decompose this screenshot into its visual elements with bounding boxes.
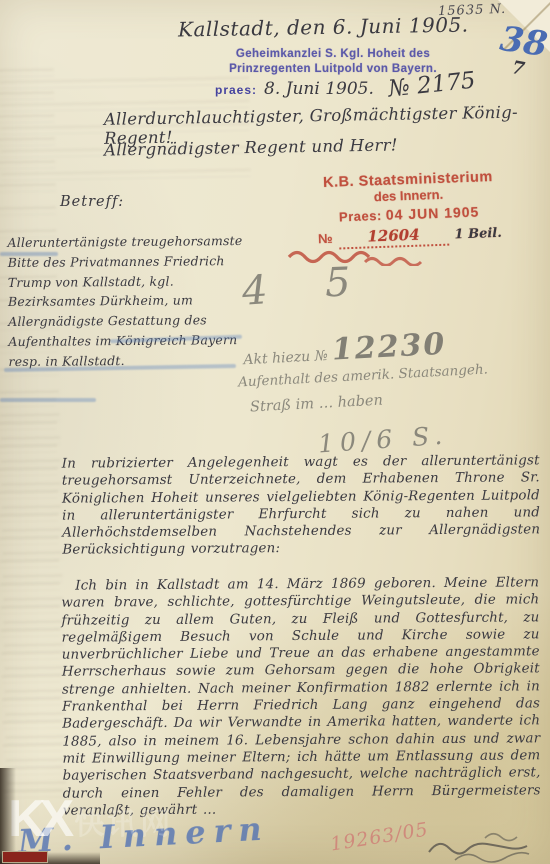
pencil-note-akt-number: 12230	[331, 327, 447, 368]
ministry-stamp-number-row: № 12604 1 Beil.	[284, 222, 537, 252]
folio-flourish: 7	[510, 57, 526, 80]
pencil-number-5: 5	[324, 260, 351, 307]
pencil-note-akt-label: Akt hiezu №	[243, 348, 328, 368]
body-paragraph-1: In rubrizierter Angelegenheit wagt es de…	[62, 452, 541, 559]
body-paragraph-2: Ich bin in Kallstadt am 14. März 1869 ge…	[61, 574, 541, 819]
pencil-scribble	[425, 826, 545, 864]
red-corner-mark	[2, 851, 48, 863]
chancellery-praes-row: praes: 8. Juni 1905.	[215, 79, 374, 99]
bleed-through-texture	[0, 390, 64, 811]
number-dotted-line: 12604	[338, 225, 449, 250]
registry-number: 19263/05	[329, 818, 430, 855]
page-edge-shadow	[0, 768, 16, 864]
scanned-letter-page: 15635 N. Kallstadt, den 6. Juni 1905. 38…	[0, 0, 550, 864]
pencil-number-4: 4	[240, 267, 269, 315]
dateline: Kallstadt, den 6. Juni 1905.	[178, 12, 469, 41]
chancellery-stamp-line1: Geheimkanzlei S. Kgl. Hoheit des	[188, 47, 478, 62]
praes-handwritten-date: 8. Juni 1905.	[264, 79, 374, 99]
praes-stamp-label: praes:	[215, 83, 257, 97]
red-underline-scribble	[287, 248, 437, 266]
enclosure-note: 1 Beil.	[454, 226, 502, 243]
subject-heading: Betreff:	[60, 194, 124, 210]
ministry-number-value: 12604	[367, 226, 420, 246]
ministry-praes-label: Praes:	[339, 208, 382, 224]
pencil-note-line3: Straß im … haben	[250, 393, 384, 416]
blue-underline-mark	[0, 252, 58, 256]
number-label: №	[318, 231, 333, 246]
ministry-praes-date: 04 JUN 1905	[386, 204, 480, 223]
salutation-line2: Allergnädigster Regent und Herr!	[104, 135, 398, 159]
ministry-stamp: K.B. Staatsministerium des Innern. Praes…	[282, 168, 536, 252]
blue-underline-mark	[0, 398, 96, 402]
bleed-through-texture	[0, 60, 66, 801]
